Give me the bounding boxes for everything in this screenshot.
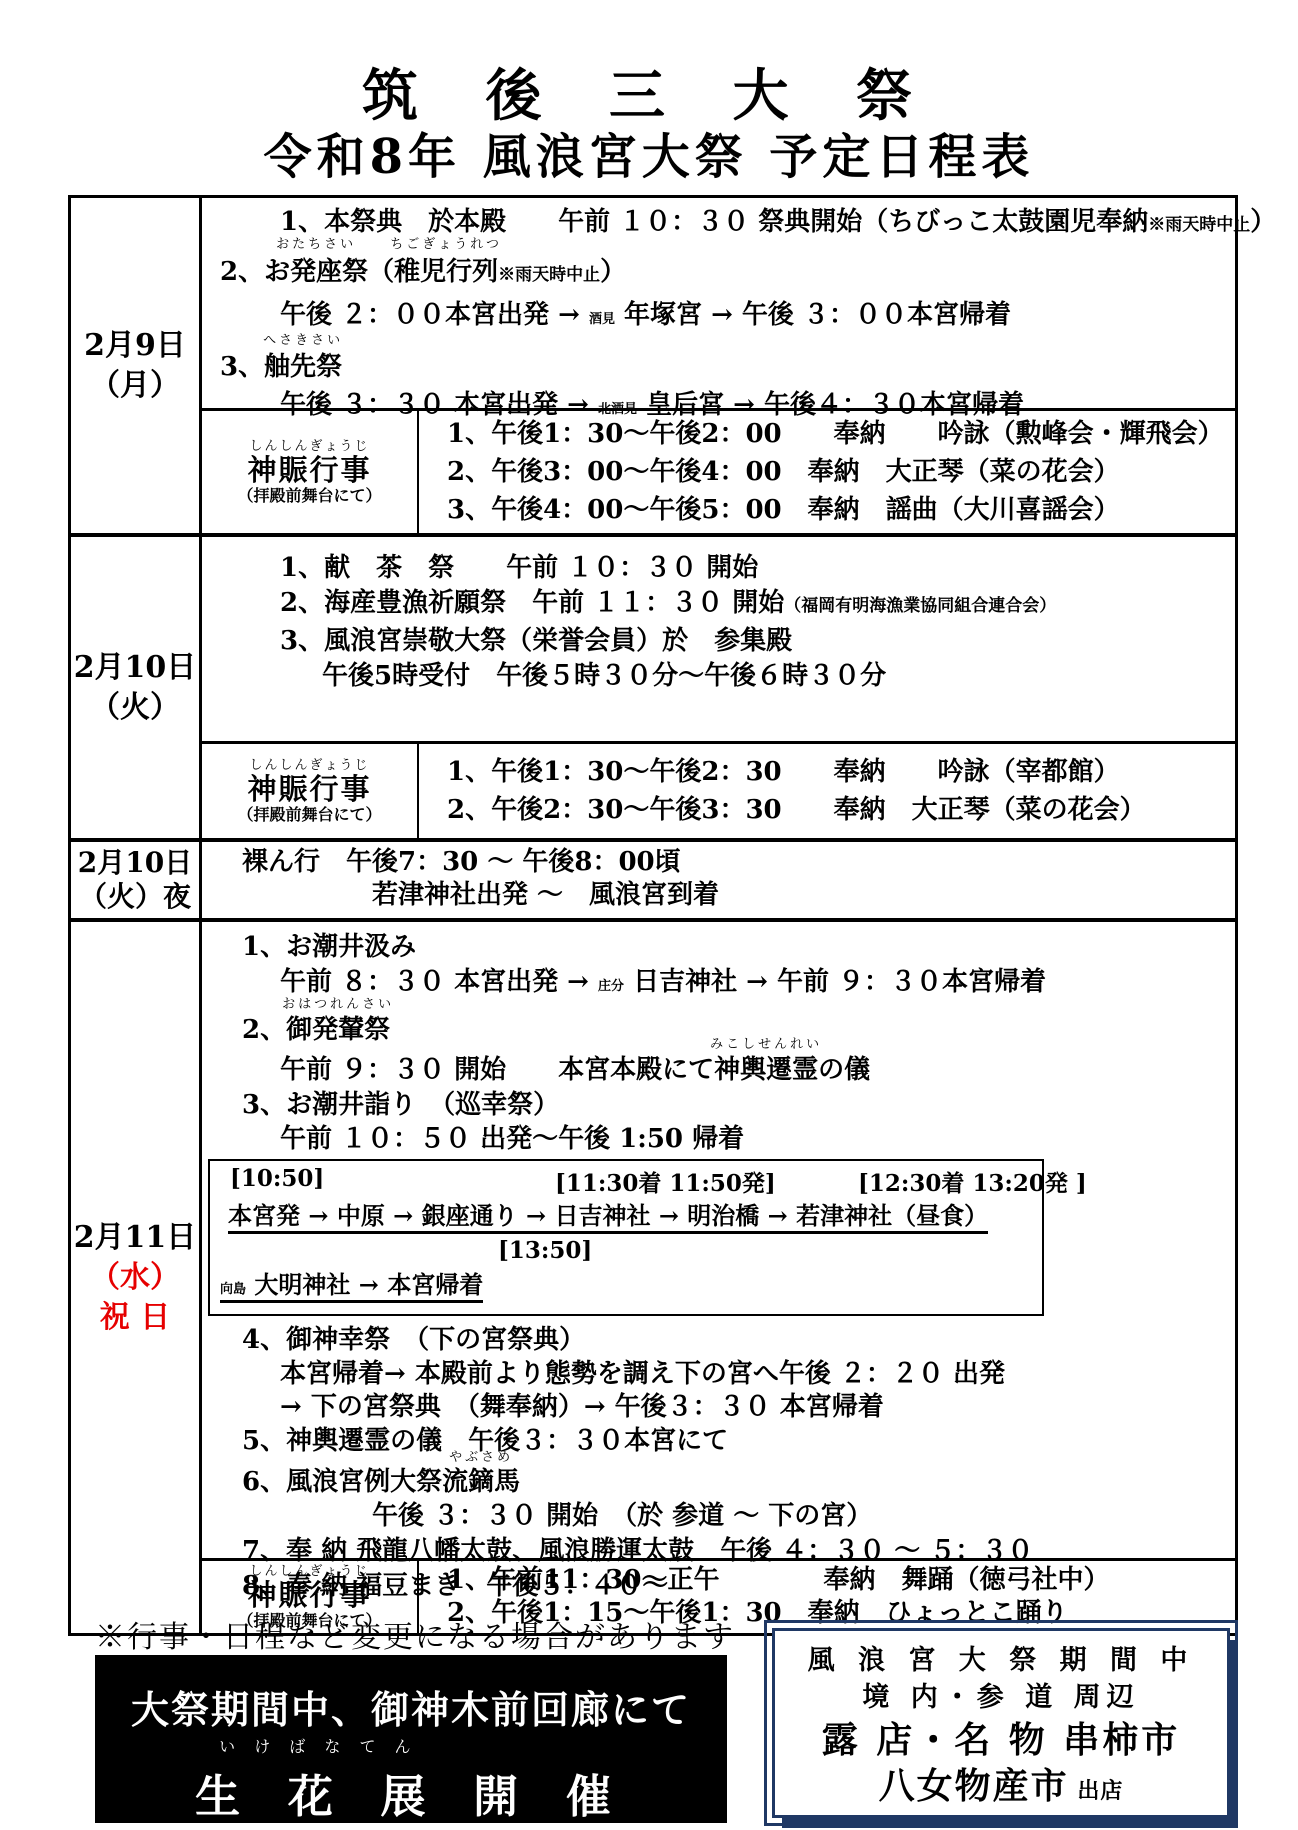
schedule-table: 2月9日 （月） 1、本祭典 於本殿 午前 １０：３０ 祭典開始（ちびっこ太鼓園… (68, 195, 1238, 1636)
events-feb10: 1、献 茶 祭 午前 １０：３０ 開始 2、海産豊漁祈願祭 午前 １１：３０ 開… (202, 537, 1235, 838)
weekday-text: （水） (90, 1258, 180, 1298)
route-times: [10:50] [11:30着 11:50発] [12:30着 13:20発 ] (210, 1163, 1042, 1197)
event-line: 午後 ２：００本宮出発 → 酒見 年塚宮 → 午後 ３：００本宮帰着 (202, 294, 1235, 341)
main-events-feb11: 1、お潮井汲み 午前 ８：３０ 本宮出発 → 庄分 日吉神社 → 午前 ９：３０… (202, 922, 1235, 1558)
date-cell-feb11: 2月11日 （水） 祝 日 (71, 922, 202, 1633)
flower-box-line2: い け ば な て ん生 花 展 開 催 (95, 1760, 727, 1825)
shinshin-item: 3、午後4：00～午後5：00 奉納 謡曲（大川喜謡会） (447, 491, 1235, 529)
stalls-line3: 露 店・名 物 串柿市 (775, 1717, 1227, 1763)
stalls-line2: 境 内・参 道 周辺 (775, 1679, 1227, 1717)
event-line: 午前 １０：５０ 出発～午後 1:50 帰着 (202, 1123, 1235, 1155)
shinshin-item: 2、午後2：30～午後3：30 奉納 大正琴（菜の花会） (447, 791, 1235, 829)
date-cell-feb10-night: 2月10日 （火）夜 (71, 842, 202, 918)
events-feb10-night: 裸ん行 午後7：30 ～ 午後8：00頃 若津神社出発 ～ 風浪宮到着 (202, 842, 1235, 918)
event-line: 3、へさきさい舳先祭 (202, 349, 1235, 385)
shinshin-item: 1、午後1：30～午後2：00 奉納 吟詠（勲峰会・輝飛会） (447, 415, 1235, 453)
route-time: [12:30着 13:20発 ] (858, 1165, 1087, 1198)
flower-box-line1: 大祭期間中、御神木前回廊にて (95, 1679, 727, 1734)
event-line: → 下の宮祭典 （舞奉納）→ 午後３：３０ 本宮帰着 (202, 1391, 1235, 1424)
weekday-text: （火）夜 (79, 880, 191, 914)
schedule-row-feb10-night: 2月10日 （火）夜 裸ん行 午後7：30 ～ 午後8：00頃 若津神社出発 ～… (71, 842, 1235, 922)
weekday-text: （月） (90, 366, 180, 406)
event-line: 本宮帰着→ 本殿前より態勢を調え下の宮へ午後 ２：２０ 出発 (202, 1358, 1235, 1391)
date-text: 2月10日 (74, 648, 197, 688)
route-line-2: 向島 大明神社 → 本宮帰着 (210, 1267, 1042, 1308)
shinshin-item: 2、午後3：00～午後4：00 奉納 大正琴（菜の花会） (447, 453, 1235, 491)
main-events-feb10-night: 裸ん行 午後7：30 ～ 午後8：00頃 若津神社出発 ～ 風浪宮到着 (202, 842, 1235, 918)
event-line: 1、献 茶 祭 午前 １０：３０ 開始 (202, 551, 1235, 586)
event-line: 午後5時受付 午後５時３０分～午後６時３０分 (202, 659, 1235, 694)
event-line: 2、海産豊漁祈願祭 午前 １１：３０ 開始（福岡有明海漁業協同組合連合会） (202, 586, 1235, 624)
date-text: 2月9日 (84, 326, 186, 366)
shinshin-row-feb9: しんしんぎょうじ 神賑行事 （拝殿前舞台にて） 1、午後1：30～午後2：00 … (202, 408, 1235, 533)
event-line: 3、お潮井詣り （巡幸祭） (202, 1087, 1235, 1123)
events-feb9: 1、本祭典 於本殿 午前 １０：３０ 祭典開始（ちびっこ太鼓園児奉納※雨天時中止… (202, 198, 1235, 533)
main-events-feb10: 1、献 茶 祭 午前 １０：３０ 開始 2、海産豊漁祈願祭 午前 １１：３０ 開… (202, 537, 1235, 741)
event-line: 4、御神幸祭 （下の宮祭典） (202, 1322, 1235, 1358)
event-line: 午後 ３：３０ 開始 （於 参道 ～ 下の宮） (202, 1498, 1235, 1534)
schedule-row-feb9: 2月9日 （月） 1、本祭典 於本殿 午前 １０：３０ 祭典開始（ちびっこ太鼓園… (71, 198, 1235, 537)
event-line: 1、お潮井汲み (202, 930, 1235, 964)
shinshin-label: しんしんぎょうじ 神賑行事 （拝殿前舞台にて） (202, 744, 419, 838)
event-line: 午前 ９：３０ 開始 本宮本殿にてみこしせんれい神輿遷霊の儀 (202, 1053, 1235, 1087)
event-line: 1、本祭典 於本殿 午前 １０：３０ 祭典開始（ちびっこ太鼓園児奉納※雨天時中止… (202, 204, 1235, 243)
shinshin-item: 1、午後1：30～午後2：30 奉納 吟詠（宰都館） (447, 753, 1235, 791)
stalls-info-box: 風 浪 宮 大 祭 期 間 中 境 内・参 道 周辺 露 店・名 物 串柿市 八… (772, 1628, 1230, 1818)
change-disclaimer: ※行事・日程など変更になる場合があります (95, 1612, 735, 1656)
route-line-1: 本宮発 → 中原 → 銀座通り → 日吉神社 → 明治橋 → 若津神社（昼食） (210, 1197, 1042, 1235)
procession-route-box: [10:50] [11:30着 11:50発] [12:30着 13:20発 ]… (208, 1159, 1044, 1316)
date-text: 2月11日 (74, 1218, 197, 1258)
events-feb11: 1、お潮井汲み 午前 ８：３０ 本宮出発 → 庄分 日吉神社 → 午前 ９：３０… (202, 922, 1235, 1633)
main-events-feb9: 1、本祭典 於本殿 午前 １０：３０ 祭典開始（ちびっこ太鼓園児奉納※雨天時中止… (202, 198, 1235, 408)
event-line: 裸ん行 午後7：30 ～ 午後8：00頃 (202, 846, 1235, 879)
date-text: 2月10日 (78, 846, 192, 880)
date-cell-feb9: 2月9日 （月） (71, 198, 202, 533)
route-time: [13:50] (210, 1235, 1042, 1267)
event-line: 3、風浪宮崇敬大祭（栄誉会員）於 参集殿 (202, 624, 1235, 659)
holiday-text: 祝 日 (100, 1298, 170, 1338)
schedule-row-feb11: 2月11日 （水） 祝 日 1、お潮井汲み 午前 ８：３０ 本宮出発 → 庄分 … (71, 922, 1235, 1633)
route-time: [11:30着 11:50発] (555, 1165, 776, 1198)
flower-exhibition-box: 大祭期間中、御神木前回廊にて い け ば な て ん生 花 展 開 催 (95, 1655, 727, 1823)
shinshin-items: 1、午後1：30～午後2：00 奉納 吟詠（勲峰会・輝飛会） 2、午後3：00～… (419, 411, 1235, 533)
event-line: 2、おたちさいお発座祭（ちごぎょうれつ稚児行列※雨天時中止） (202, 253, 1235, 294)
shinshin-label: しんしんぎょうじ 神賑行事 （拝殿前舞台にて） (202, 411, 419, 533)
shinshin-items: 1、午後1：30～午後2：30 奉納 吟詠（宰都館） 2、午後2：30～午後3：… (419, 744, 1235, 838)
shinshin-row-feb10: しんしんぎょうじ 神賑行事 （拝殿前舞台にて） 1、午後1：30～午後2：30 … (202, 741, 1235, 838)
page-subtitle: 令和8年 風浪宮大祭 予定日程表 (0, 118, 1298, 187)
stalls-line4: 八女物産市 出店 (775, 1763, 1227, 1814)
event-line: 若津神社出発 ～ 風浪宮到着 (202, 879, 1235, 912)
event-line: 6、風浪宮例大祭やぶさめ流鏑馬 (202, 1466, 1235, 1498)
event-line: 5、神輿遷霊の儀 午後３：３０本宮にて (202, 1424, 1235, 1458)
date-cell-feb10: 2月10日 （火） (71, 537, 202, 838)
shinshin-item: 1、午前11：30～正午 奉納 舞踊（徳弓社中） (447, 1564, 1235, 1597)
route-time: [10:50] (230, 1165, 324, 1192)
weekday-text: （火） (90, 688, 180, 728)
stalls-line1: 風 浪 宮 大 祭 期 間 中 (775, 1643, 1227, 1679)
schedule-row-feb10: 2月10日 （火） 1、献 茶 祭 午前 １０：３０ 開始 2、海産豊漁祈願祭 … (71, 537, 1235, 842)
festival-schedule-page: 筑 後 三 大 祭 令和8年 風浪宮大祭 予定日程表 2月9日 （月） 1、本祭… (0, 0, 1298, 1830)
